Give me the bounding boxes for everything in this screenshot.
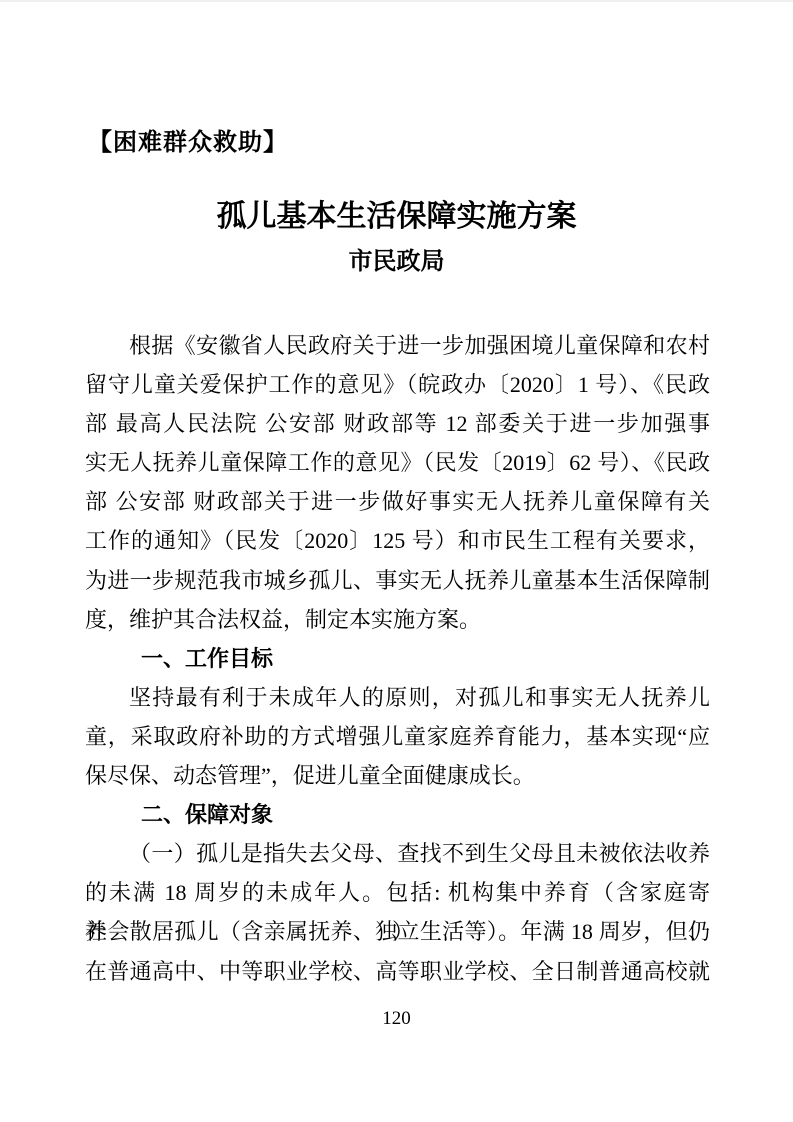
body-line: （一）孤儿是指失去父母、查找不到生父母且未被依法收养: [85, 834, 710, 873]
body-line: 的未满 18 周岁的未成年人。包括: 机构集中养育（含家庭寄养）、: [85, 873, 710, 912]
body-line: 部 最高人民法院 公安部 财政部等 12 部委关于进一步加强事: [85, 404, 710, 443]
body-line: 部 公安部 财政部关于进一步做好事实无人抚养儿童保障有关: [85, 482, 710, 521]
body-line: 童，采取政府补助的方式增强儿童家庭养育能力，基本实现“应: [85, 717, 710, 756]
document-subtitle: 市民政局: [0, 246, 793, 278]
document-title: 孤儿基本生活保障实施方案: [0, 197, 793, 237]
section-heading: 一、工作目标: [85, 639, 710, 678]
category-header: 【困难群众救助】: [88, 128, 288, 158]
document-page: 【困难群众救助】 孤儿基本生活保障实施方案 市民政局 根据《安徽省人民政府关于进…: [0, 0, 793, 1122]
body-line: 社会散居孤儿（含亲属抚养、独立生活等）。年满 18 周岁，但仍: [85, 912, 710, 951]
document-body: 根据《安徽省人民政府关于进一步加强困境儿童保障和农村留守儿童关爱保护工作的意见》…: [85, 326, 710, 991]
body-line: 工作的通知》（民发〔2020〕125 号）和市民生工程有关要求，: [85, 521, 710, 560]
body-line: 坚持最有利于未成年人的原则，对孤儿和事实无人抚养儿: [85, 678, 710, 717]
body-line: 为进一步规范我市城乡孤儿、事实无人抚养儿童基本生活保障制: [85, 561, 710, 600]
body-line: 根据《安徽省人民政府关于进一步加强困境儿童保障和农村: [85, 326, 710, 365]
section-heading: 二、保障对象: [85, 795, 710, 834]
body-line: 实无人抚养儿童保障工作的意见》（民发〔2019〕62 号）、《民政: [85, 443, 710, 482]
body-line: 度，维护其合法权益，制定本实施方案。: [85, 600, 710, 639]
page-number: 120: [0, 1007, 793, 1031]
body-line: 在普通高中、中等职业学校、高等职业学校、全日制普通高校就: [85, 952, 710, 991]
body-line: 保尽保、动态管理”，促进儿童全面健康成长。: [85, 756, 710, 795]
body-line: 留守儿童关爱保护工作的意见》（皖政办〔2020〕1 号）、《民政: [85, 365, 710, 404]
